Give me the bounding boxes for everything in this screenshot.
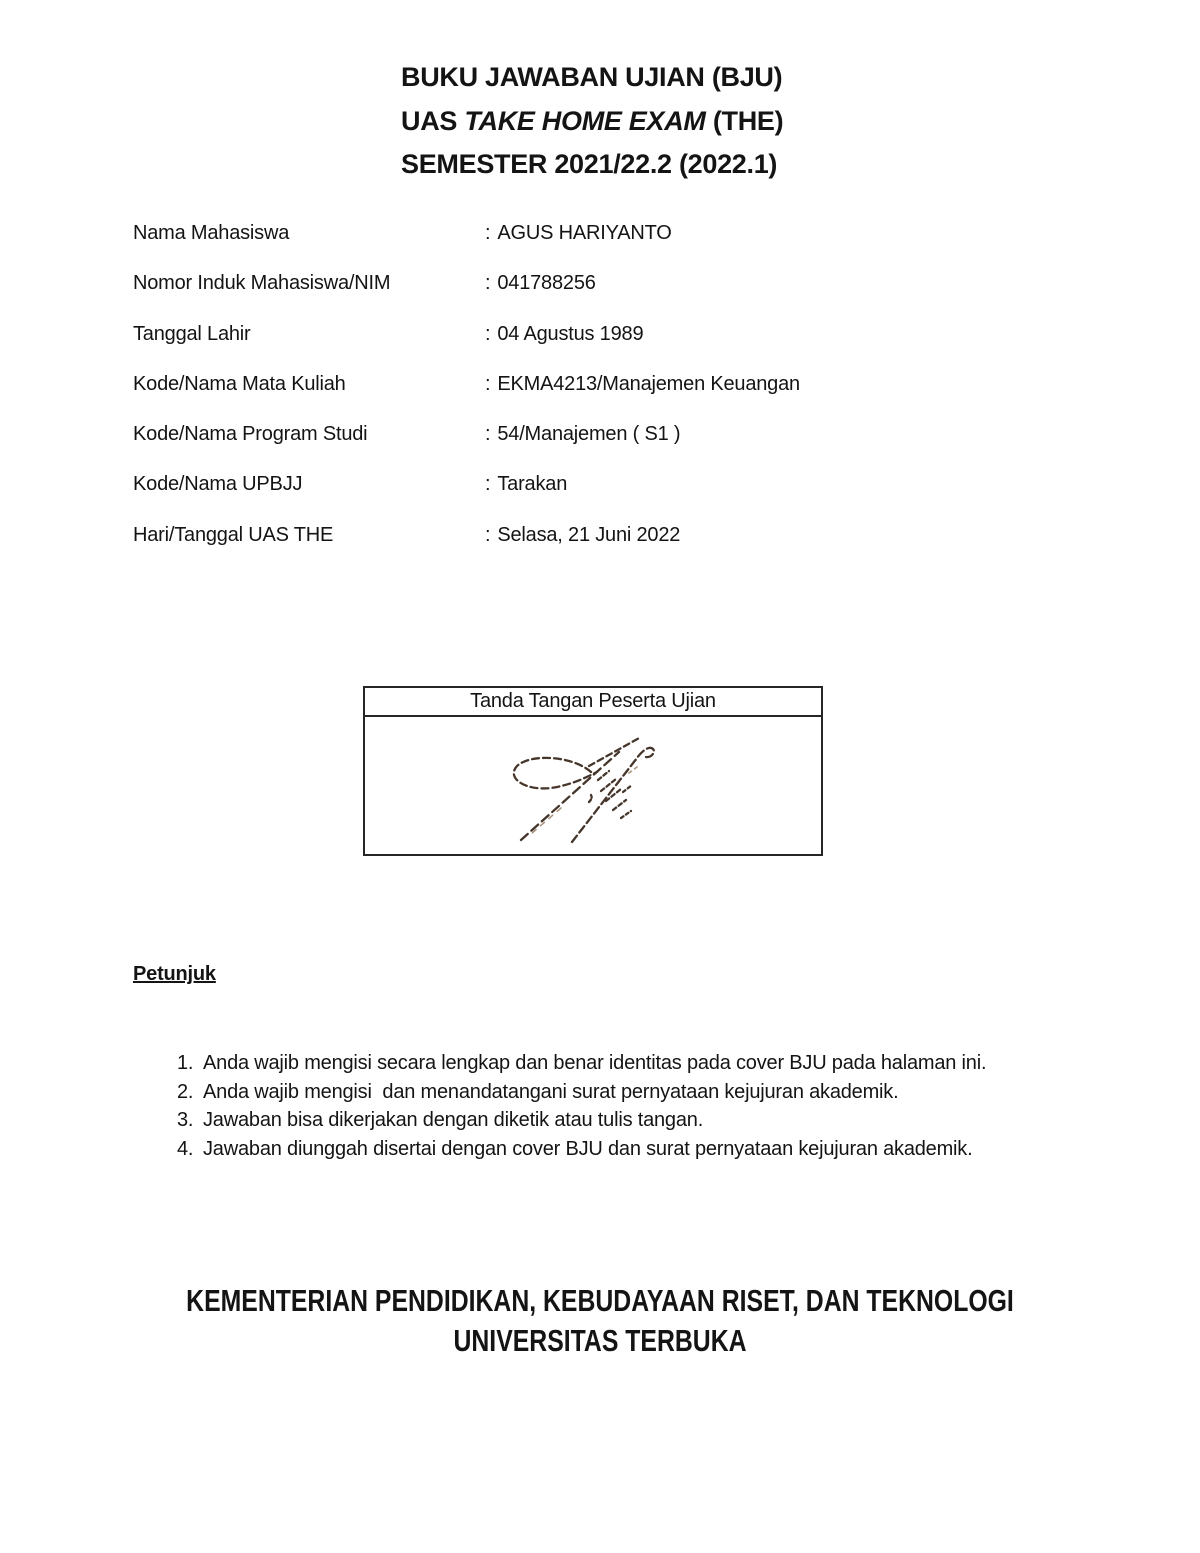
exam-date-value: Selasa, 21 Juni 2022: [497, 524, 680, 546]
field-value: :EKMA4213/Manajemen Keuangan: [485, 371, 800, 397]
title-line-3: SEMESTER 2021/22.2 (2022.1): [401, 143, 961, 187]
field-value: :54/Manajemen ( S1 ): [485, 421, 680, 447]
form-row-study-program: Kode/Nama Program Studi :54/Manajemen ( …: [133, 414, 1083, 464]
field-value: :Selasa, 21 Juni 2022: [485, 522, 680, 548]
colon-separator: :: [485, 522, 490, 548]
colon-separator: :: [485, 220, 490, 246]
field-value: :041788256: [485, 270, 596, 296]
colon-separator: :: [485, 270, 490, 296]
ministry-footer: KEMENTERIAN PENDIDIKAN, KEBUDAYAAN RISET…: [0, 1281, 1200, 1360]
document-title: BUKU JAWABAN UJIAN (BJU) UAS TAKE HOME E…: [401, 56, 961, 187]
student-identity-form: Nama Mahasiswa :AGUS HARIYANTO Nomor Ind…: [133, 213, 1083, 565]
handwritten-signature-icon: [501, 728, 681, 848]
study-program-value: 54/Manajemen ( S1 ): [497, 423, 680, 445]
bju-cover-page: BUKU JAWABAN UJIAN (BJU) UAS TAKE HOME E…: [0, 0, 1200, 1553]
ministry-name: KEMENTERIAN PENDIDIKAN, KEBUDAYAAN RISET…: [120, 1281, 1080, 1321]
field-label: Tanggal Lahir: [133, 321, 485, 347]
item-number: 4.: [177, 1135, 203, 1164]
title-line-2-prefix: UAS: [401, 106, 464, 136]
birth-date-value: 04 Agustus 1989: [497, 323, 643, 345]
field-value: :04 Agustus 1989: [485, 321, 643, 347]
form-row-student-id: Nomor Induk Mahasiswa/NIM :041788256: [133, 263, 1083, 313]
form-row-course: Kode/Nama Mata Kuliah :EKMA4213/Manajeme…: [133, 364, 1083, 414]
instructions-list: 1. Anda wajib mengisi secara lengkap dan…: [177, 1049, 1077, 1163]
field-value: :Tarakan: [485, 471, 567, 497]
colon-separator: :: [485, 321, 490, 347]
item-text: Anda wajib mengisi secara lengkap dan be…: [203, 1049, 986, 1078]
field-label: Nama Mahasiswa: [133, 220, 485, 246]
item-number: 1.: [177, 1049, 203, 1078]
course-value: EKMA4213/Manajemen Keuangan: [497, 373, 800, 395]
item-text: Jawaban diunggah disertai dengan cover B…: [203, 1135, 972, 1164]
student-id-value: 041788256: [497, 272, 595, 294]
form-row-upbjj: Kode/Nama UPBJJ :Tarakan: [133, 464, 1083, 514]
item-text: Jawaban bisa dikerjakan dengan diketik a…: [203, 1106, 703, 1135]
instruction-item-4: 4. Jawaban diunggah disertai dengan cove…: [177, 1135, 1077, 1164]
university-name: UNIVERSITAS TERBUKA: [120, 1321, 1080, 1361]
instruction-item-2: 2. Anda wajib mengisi dan menandatangani…: [177, 1078, 1077, 1107]
title-line-2-exam-type: TAKE HOME EXAM: [464, 106, 705, 136]
field-label: Kode/Nama UPBJJ: [133, 471, 485, 497]
instructions-heading: Petunjuk: [133, 963, 216, 986]
item-text: Anda wajib mengisi dan menandatangani su…: [203, 1078, 898, 1107]
field-label: Kode/Nama Mata Kuliah: [133, 371, 485, 397]
colon-separator: :: [485, 471, 490, 497]
signature-box: Tanda Tangan Peserta Ujian: [363, 686, 823, 856]
field-label: Nomor Induk Mahasiswa/NIM: [133, 270, 485, 296]
form-row-student-name: Nama Mahasiswa :AGUS HARIYANTO: [133, 213, 1083, 263]
upbjj-value: Tarakan: [497, 473, 567, 495]
signature-box-title: Tanda Tangan Peserta Ujian: [365, 688, 821, 717]
title-line-2-suffix: (THE): [706, 106, 784, 136]
form-row-birth-date: Tanggal Lahir :04 Agustus 1989: [133, 314, 1083, 364]
colon-separator: :: [485, 371, 490, 397]
field-value: :AGUS HARIYANTO: [485, 220, 672, 246]
colon-separator: :: [485, 421, 490, 447]
field-label: Kode/Nama Program Studi: [133, 421, 485, 447]
student-name-value: AGUS HARIYANTO: [497, 222, 671, 244]
item-number: 3.: [177, 1106, 203, 1135]
item-number: 2.: [177, 1078, 203, 1107]
field-label: Hari/Tanggal UAS THE: [133, 522, 485, 548]
title-line-2: UAS TAKE HOME EXAM (THE): [401, 100, 961, 144]
form-row-exam-date: Hari/Tanggal UAS THE :Selasa, 21 Juni 20…: [133, 515, 1083, 565]
title-line-1: BUKU JAWABAN UJIAN (BJU): [401, 56, 961, 100]
instruction-item-3: 3. Jawaban bisa dikerjakan dengan diketi…: [177, 1106, 1077, 1135]
instruction-item-1: 1. Anda wajib mengisi secara lengkap dan…: [177, 1049, 1077, 1078]
